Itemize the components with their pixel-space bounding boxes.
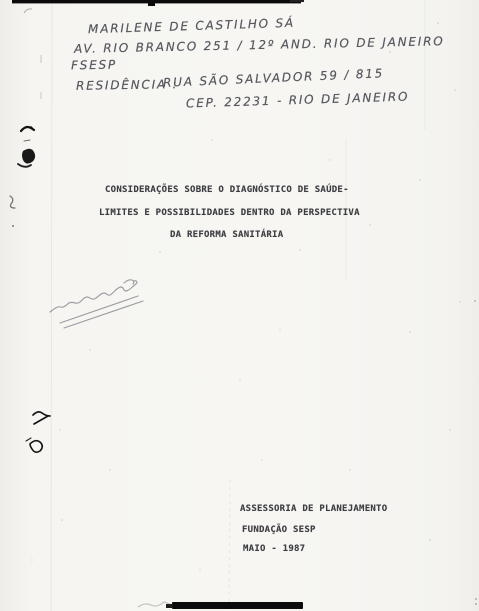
bottom-faint-squiggle [138,602,170,607]
top-edge-scan-bar [12,0,304,6]
bottom-edge-scan-bar [166,602,303,609]
document-title-line-2: LIMITES E POSSIBILIDADES DENTRO DA PERSP… [99,208,360,218]
scanned-document-page: MARILENE DE CASTILHO SÁ AV. RIO BRANCO 2… [0,0,479,611]
handwritten-cep-line: CEP. 22231 - RIO DE JANEIRO [186,89,410,110]
handwritten-residence-address: RUA SÃO SALVADOR 59 / 815 [163,66,385,90]
footer-institution: FUNDAÇÃO SESP [242,525,316,535]
handwritten-org: FSESP [71,58,117,73]
document-title-line-3: DA REFORMA SANITÁRIA [170,230,283,240]
lower-left-ink-marks [26,412,50,452]
handwritten-address: AV. RIO BRANCO 251 / 12º AND. RIO DE JAN… [74,34,445,56]
handwritten-name: MARILENE DE CASTILHO SÁ [88,16,295,36]
handwritten-stamp [50,280,143,328]
top-left-pencil-mark [24,9,32,13]
footer-department: ASSESSORIA DE PLANEJAMENTO [240,504,387,514]
document-title-line-1: CONSIDERAÇÕES SOBRE O DIAGNÓSTICO DE SAÚ… [105,185,349,195]
left-margin-ink-marks [10,127,35,227]
footer-date: MAIO - 1987 [243,544,305,554]
right-edge-ticks [474,300,477,605]
